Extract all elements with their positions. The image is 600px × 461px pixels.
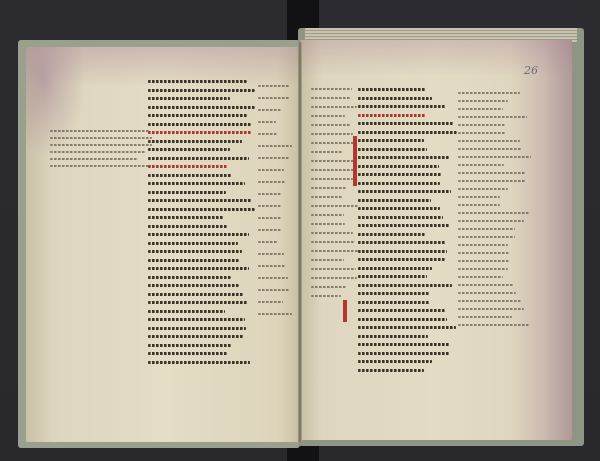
script-line (358, 199, 431, 202)
script-line (148, 301, 248, 304)
script-line (258, 109, 281, 111)
script-line (258, 193, 281, 195)
script-line (358, 190, 451, 193)
script-line (358, 275, 427, 278)
script-line (148, 352, 227, 355)
script-line (358, 369, 424, 372)
script-line (148, 318, 245, 321)
script-line (358, 156, 450, 159)
script-line (311, 169, 355, 171)
script-line (148, 191, 226, 194)
script-line (311, 124, 351, 126)
script-line (458, 140, 520, 142)
script-line (358, 284, 452, 287)
script-line (311, 88, 352, 90)
script-line (358, 326, 456, 329)
left-page-right-gloss (258, 85, 294, 325)
script-line (458, 228, 515, 230)
script-line (148, 250, 242, 253)
script-line (148, 199, 252, 202)
script-line (148, 293, 243, 296)
script-line (258, 265, 285, 267)
script-line (358, 139, 424, 142)
script-line (148, 335, 244, 338)
script-line (148, 123, 251, 126)
script-line (148, 208, 255, 211)
script-line (358, 318, 447, 321)
script-line (311, 250, 360, 252)
script-line (50, 137, 152, 139)
script-line (311, 259, 344, 261)
script-line (358, 233, 425, 236)
script-line (148, 182, 245, 185)
script-line (258, 289, 289, 291)
script-line (458, 292, 516, 294)
script-line (148, 233, 249, 236)
script-line (148, 327, 246, 330)
script-line (358, 267, 432, 270)
script-line (458, 268, 508, 270)
script-line (358, 88, 426, 91)
script-line (148, 174, 232, 177)
script-line (258, 217, 281, 219)
script-line (148, 106, 255, 109)
script-line (148, 361, 250, 364)
script-line (458, 116, 527, 118)
red-initial-i (353, 136, 357, 186)
script-line (358, 241, 446, 244)
script-line (311, 286, 346, 288)
script-line (458, 308, 524, 310)
script-line (458, 132, 506, 134)
script-line (458, 188, 508, 190)
script-line (458, 172, 525, 174)
script-line (458, 212, 529, 214)
center-fold (298, 42, 302, 442)
script-line (358, 148, 427, 151)
left-page-main-text (148, 80, 256, 369)
right-page-main-text (358, 88, 458, 377)
script-line (458, 108, 503, 110)
script-line (148, 259, 239, 262)
script-line (458, 164, 504, 166)
script-line (458, 220, 524, 222)
script-line (258, 133, 277, 135)
script-line (258, 145, 292, 147)
script-line (311, 268, 356, 270)
script-line (458, 276, 503, 278)
script-line (458, 196, 500, 198)
script-line (458, 260, 509, 262)
script-line (311, 214, 344, 216)
script-line (311, 295, 341, 297)
script-line (258, 277, 288, 279)
script-line (311, 232, 353, 234)
script-line (358, 97, 432, 100)
script-line (148, 114, 248, 117)
script-line (311, 142, 356, 144)
folio-number: 26 (524, 64, 538, 77)
script-line (258, 301, 283, 303)
script-line (358, 360, 432, 363)
script-line (311, 133, 353, 135)
script-line (258, 241, 278, 243)
script-line (311, 223, 345, 225)
script-line (148, 310, 225, 313)
script-line (358, 114, 426, 117)
script-line (458, 252, 509, 254)
script-line (458, 244, 508, 246)
script-line (148, 267, 249, 270)
script-line (311, 205, 358, 207)
script-line (458, 180, 526, 182)
script-line (258, 313, 292, 315)
script-line (311, 196, 343, 198)
script-line (50, 158, 138, 160)
script-line (458, 324, 529, 326)
script-line (258, 121, 276, 123)
script-line (148, 165, 227, 168)
script-line (258, 97, 290, 99)
script-line (358, 258, 445, 261)
script-line (358, 309, 445, 312)
script-line (358, 250, 447, 253)
script-line (148, 131, 252, 134)
red-initial-lower (343, 300, 347, 322)
script-line (311, 160, 354, 162)
script-line (458, 148, 522, 150)
script-line (311, 187, 346, 189)
script-line (458, 316, 512, 318)
script-line (358, 335, 428, 338)
script-line (148, 97, 230, 100)
script-line (458, 156, 531, 158)
script-line (50, 130, 150, 132)
script-line (148, 80, 247, 83)
script-line (358, 165, 439, 168)
script-line (358, 301, 430, 304)
script-line (311, 151, 342, 153)
script-line (458, 284, 514, 286)
script-line (258, 205, 281, 207)
script-line (50, 144, 152, 146)
script-line (458, 92, 520, 94)
script-line (358, 292, 429, 295)
script-line (458, 236, 515, 238)
script-line (358, 182, 440, 185)
script-line (458, 100, 508, 102)
script-line (258, 253, 284, 255)
script-line (50, 151, 146, 153)
right-page-right-gloss (458, 92, 533, 332)
script-line (458, 124, 505, 126)
script-line (50, 165, 151, 167)
script-line (148, 284, 239, 287)
script-line (148, 276, 231, 279)
script-line (258, 229, 281, 231)
script-line (148, 140, 242, 143)
script-line (148, 148, 230, 151)
script-line (148, 225, 228, 228)
script-line (358, 216, 443, 219)
script-line (311, 97, 351, 99)
script-line (358, 122, 454, 125)
left-page-left-gloss (50, 130, 155, 172)
script-line (311, 115, 345, 117)
script-line (258, 169, 284, 171)
script-line (148, 242, 238, 245)
script-line (358, 224, 450, 227)
script-line (311, 106, 357, 108)
script-line (311, 277, 357, 279)
script-line (258, 157, 289, 159)
script-line (358, 207, 440, 210)
script-line (148, 89, 255, 92)
script-line (258, 85, 290, 87)
script-line (358, 131, 457, 134)
right-page-left-gloss (311, 88, 361, 304)
script-line (258, 181, 285, 183)
script-line (358, 352, 450, 355)
script-line (358, 173, 442, 176)
script-line (148, 157, 249, 160)
script-line (458, 300, 521, 302)
script-line (358, 105, 446, 108)
script-line (148, 216, 224, 219)
script-line (311, 178, 353, 180)
script-line (148, 344, 232, 347)
script-line (358, 343, 450, 346)
script-line (311, 241, 355, 243)
script-line (458, 204, 500, 206)
